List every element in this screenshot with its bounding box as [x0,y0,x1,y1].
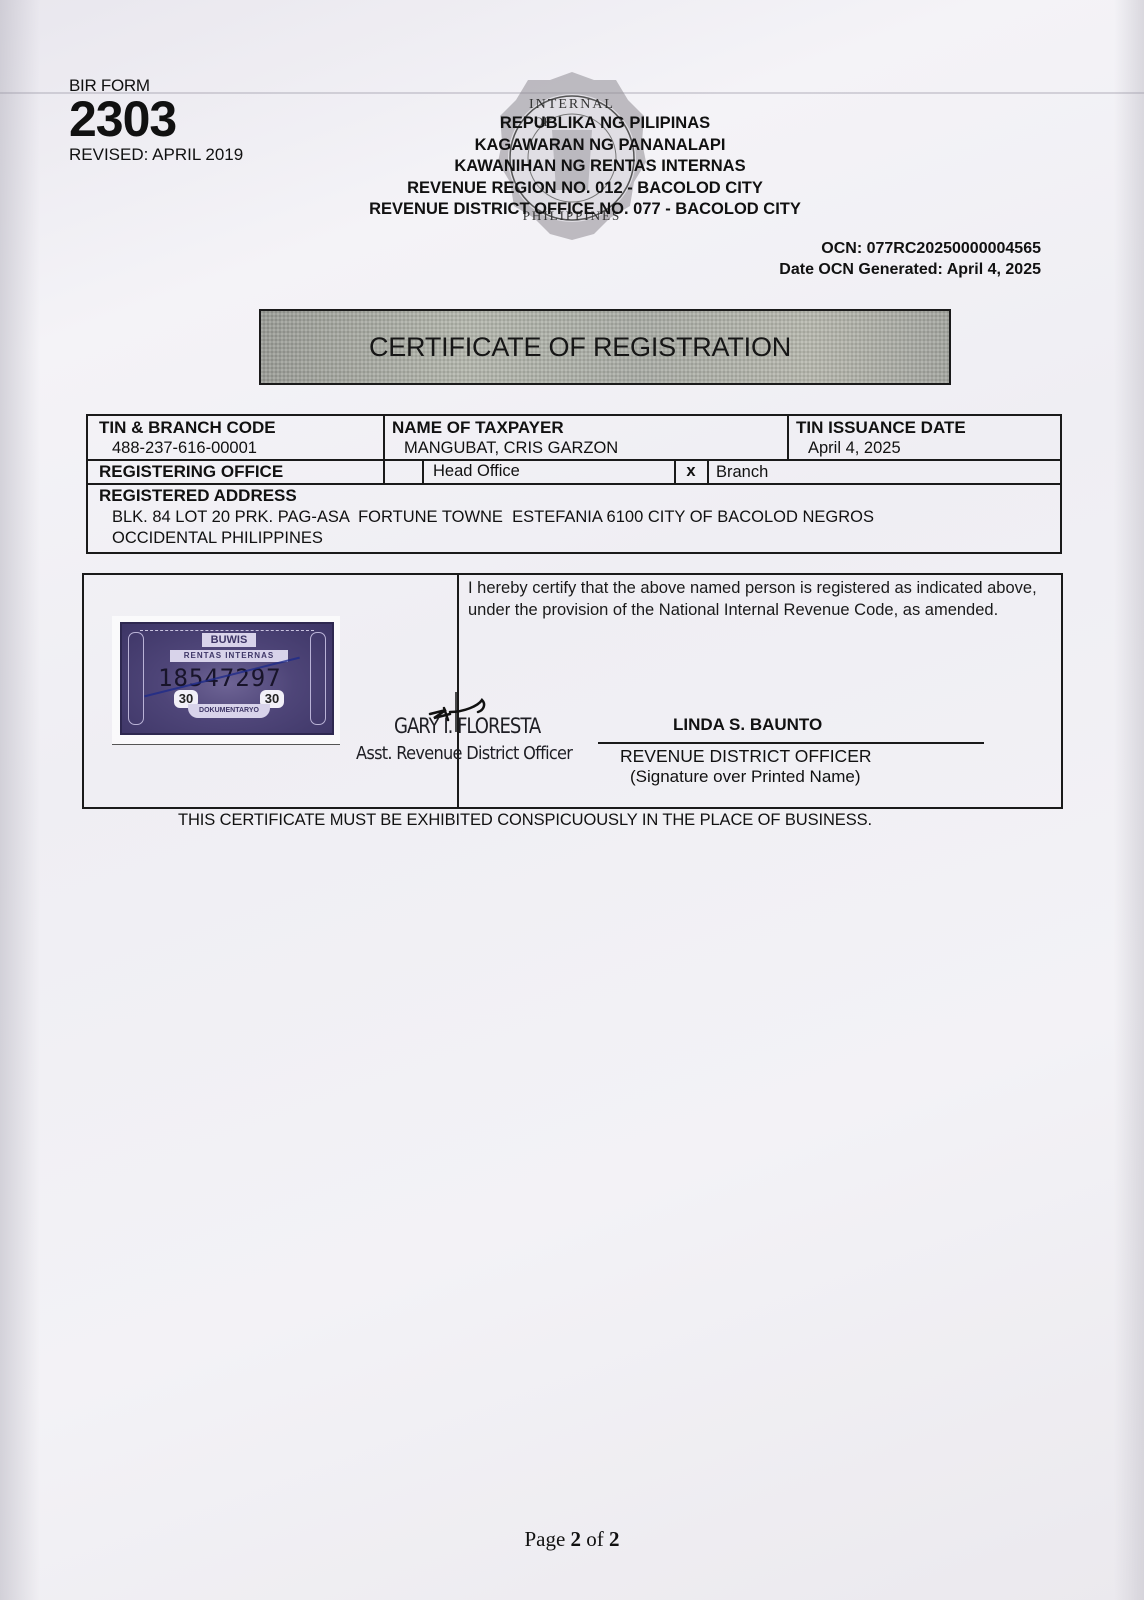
page-current: 2 [571,1527,582,1551]
agency-line-district: REVENUE DISTRICT OFFICE NO. 077 - BACOLO… [270,199,900,221]
taxpayer-name-value: MANGUBAT, CRIS GARZON [404,438,618,458]
asst-officer-title: Asst. Revenue District Officer [356,743,572,764]
paper-shadow-left [0,0,40,1600]
page-prefix: Page [524,1527,565,1551]
page-total: 2 [609,1527,620,1551]
form-identifier: BIR FORM 2303 REVISED: APRIL 2019 [69,76,243,166]
rdo-name: LINDA S. BAUNTO [673,715,822,735]
agency-header: REPUBLIKA NG PILIPINAS KAGAWARAN NG PANA… [300,113,900,221]
stamp-subtitle: RENTAS INTERNAS [170,650,288,662]
agency-line-republic: REPUBLIKA NG PILIPINAS [310,113,900,135]
tin-header: TIN & BRANCH CODE [99,418,276,438]
signature-caption: (Signature over Printed Name) [630,767,861,787]
certificate-title: CERTIFICATE OF REGISTRATION [369,332,791,363]
page-number: Page 2 of 2 [0,1527,1144,1552]
ocn-number: OCN: 077RC20250000004565 [779,238,1041,259]
certification-statement: I hereby certify that the above named pe… [468,578,1058,621]
rdo-title: REVENUE DISTRICT OFFICER [620,746,872,767]
row-divider [88,483,1060,485]
column-divider [422,459,424,483]
column-divider [787,416,789,459]
head-office-label: Head Office [433,461,520,481]
form-revision: REVISED: APRIL 2019 [69,144,243,166]
documentary-stamp-icon: BUWIS RENTAS INTERNAS 18547297 30 30 DOK… [120,622,334,735]
column-divider [457,575,459,807]
stamp-title: BUWIS [202,633,256,647]
taxpayer-name-header: NAME OF TAXPAYER [392,418,564,438]
stamp-bottom-label: DOKUMENTARYO [188,704,270,718]
branch-checkbox[interactable]: x [675,461,707,481]
certificate-title-banner: CERTIFICATE OF REGISTRATION [259,309,951,385]
row-divider [88,459,1060,461]
signature-line [598,742,984,744]
taxpayer-details-table: TIN & BRANCH CODE 488-237-616-00001 NAME… [86,414,1062,554]
tin-value: 488-237-616-00001 [112,438,257,458]
stamp-side-border [310,632,326,725]
ocn-date: Date OCN Generated: April 4, 2025 [779,259,1041,280]
registering-office-header: REGISTERING OFFICE [99,462,283,482]
svg-text:INTERNAL: INTERNAL [529,97,615,112]
asst-officer-name: GARY I. FLORESTA [394,714,540,738]
registered-address-header: REGISTERED ADDRESS [99,486,297,506]
registered-address-line2: OCCIDENTAL PHILIPPINES [112,528,323,548]
stamp-side-border [128,632,144,725]
branch-label: Branch [716,462,768,482]
tin-issuance-header: TIN ISSUANCE DATE [796,418,966,438]
ocn-block: OCN: 077RC20250000004565 Date OCN Genera… [779,238,1041,280]
form-number: 2303 [69,96,243,142]
column-divider [707,459,709,483]
page-of: of [586,1527,604,1551]
tin-issuance-value: April 4, 2025 [808,438,901,458]
agency-line-bureau: KAWANIHAN NG RENTAS INTERNAS [300,156,900,178]
exhibit-notice: THIS CERTIFICATE MUST BE EXHIBITED CONSP… [178,811,872,830]
registered-address-line1: BLK. 84 LOT 20 PRK. PAG-ASA FORTUNE TOWN… [112,507,874,527]
agency-line-region: REVENUE REGION NO. 012 - BACOLOD CITY [270,178,900,200]
paper-shadow-right [1114,0,1144,1600]
column-divider [383,416,385,483]
agency-line-department: KAGAWARAN NG PANANALAPI [300,135,900,157]
